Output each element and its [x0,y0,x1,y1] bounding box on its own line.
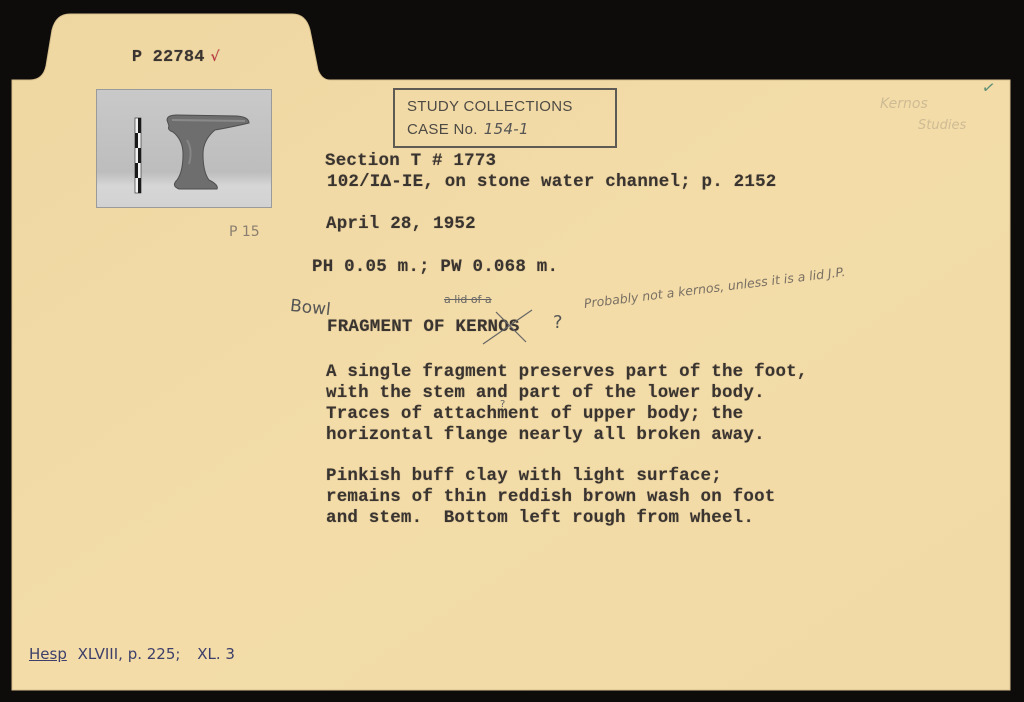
object-photograph [96,89,272,208]
bibliography-note: Hesp XLVIII, p. 225; XL. 3 [29,645,235,663]
bibliography-label: Hesp [29,645,67,663]
handwritten-bowl-correction: Bowl [289,296,332,320]
cross-out-mark [478,306,538,348]
case-number: 154-1 [484,120,529,138]
description-line: horizontal flange nearly all broken away… [326,425,765,445]
inline-question-mark: ? [500,399,505,410]
stamp-case-label: CASE No. [407,121,478,138]
stamp-case-line: CASE No.154-1 [407,120,529,138]
section-line: Section T # 1773 [325,151,496,171]
pencil-note-kernos: Kernos [880,96,928,112]
bibliography-reference: XLVIII, p. 225; [78,645,181,663]
catalog-number: P 22784√ [111,29,220,67]
stamp-title: STUDY COLLECTIONS [407,98,573,115]
bowl-fragment-image [97,90,271,207]
description-line: A single fragment preserves part of the … [326,362,808,382]
description-line: with the stem and part of the lower body… [326,383,765,403]
pencil-note-studies: Studies [918,118,966,133]
title-question-mark: ? [553,312,563,333]
photo-reference-note: P 15 [229,224,260,240]
fabric-line: remains of thin reddish brown wash on fo… [326,487,775,507]
fabric-line: Pinkish buff clay with light surface; [326,466,722,486]
findspot-line: 102/IΔ-IE, on stone water channel; p. 21… [327,172,776,192]
description-line: Traces of attachment of upper body; the [326,404,743,424]
fabric-line: and stem. Bottom left rough from wheel. [326,508,754,528]
date-line: April 28, 1952 [326,214,476,234]
dimensions-line: PH 0.05 m.; PW 0.068 m. [312,257,558,277]
struck-insertion-a-lid-of: a lid of a [444,293,492,306]
bibliography-plate: XL. 3 [197,645,235,663]
study-collections-stamp: STUDY COLLECTIONS CASE No.154-1 [393,88,617,148]
red-check-icon: √ [211,49,220,65]
